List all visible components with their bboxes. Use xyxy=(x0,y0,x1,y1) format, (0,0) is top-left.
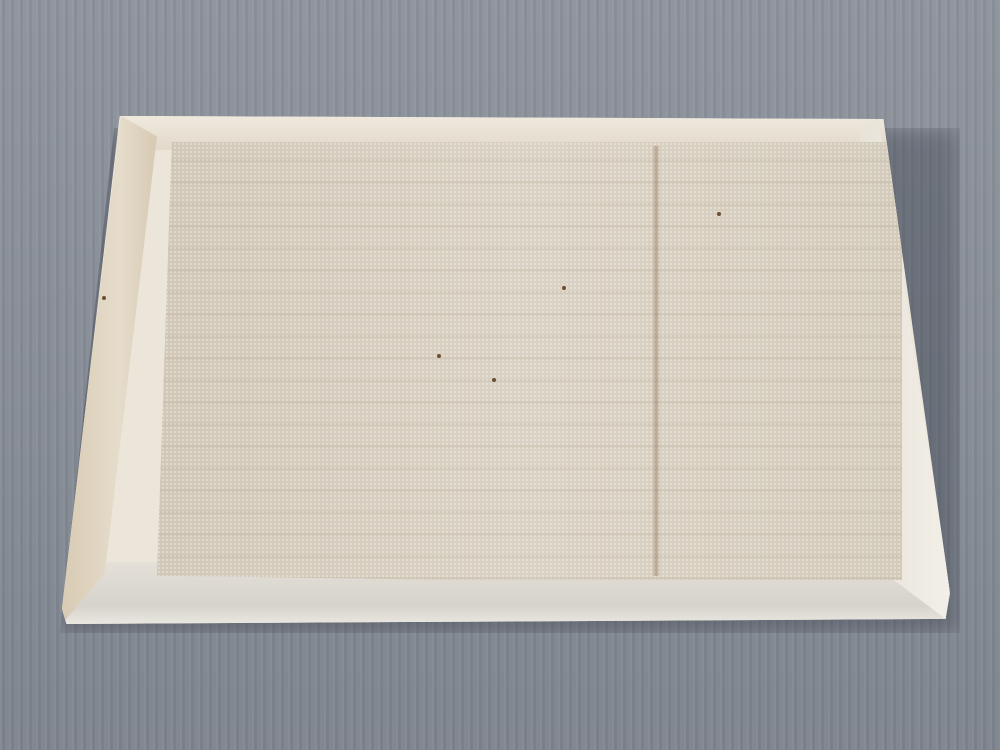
speckle xyxy=(492,378,496,382)
ceramic-plate xyxy=(62,116,950,624)
speckle xyxy=(562,286,566,290)
speckle xyxy=(102,296,106,300)
speckle xyxy=(717,212,721,216)
speckle xyxy=(437,354,441,358)
fabric-textured-center xyxy=(157,142,902,580)
fabric-seam xyxy=(652,146,660,576)
